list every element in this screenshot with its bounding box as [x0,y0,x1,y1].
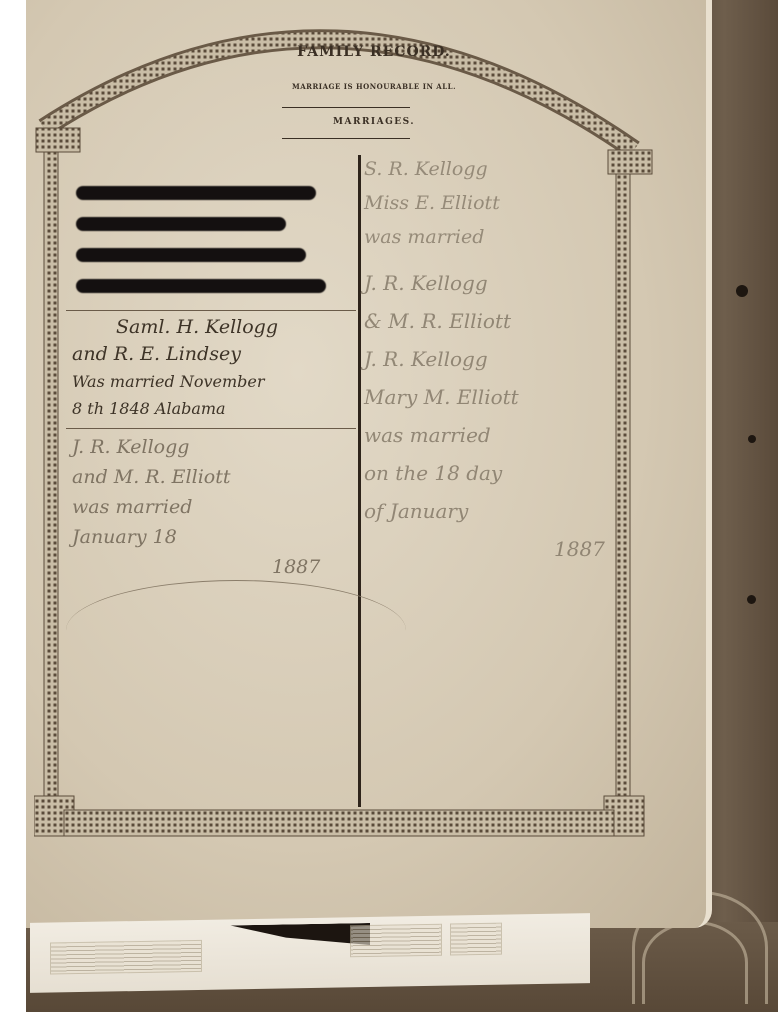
right-entry-1: S. R. Kellogg Miss E. Elliott was marrie… [364,152,500,254]
entry-separator [66,428,356,429]
section-heading: MARRIAGES. [26,117,722,127]
entry-line: was married [364,220,500,254]
entry-line: Was married November [72,368,278,395]
entry-line: J. R. Kellogg [364,264,605,302]
marriage-entry-1: Saml. H. Kellogg and R. E. Lindsey Was m… [72,314,278,422]
title-rule [282,107,410,108]
entry-line: January 18 [72,522,320,552]
right-entry-2: J. R. Kellogg & M. R. Elliott J. R. Kell… [364,264,605,568]
entry-line: and R. E. Lindsey [72,341,278,368]
pencil-curve [66,580,406,681]
column-divider [358,155,361,807]
nail-hole [748,435,756,443]
entry-line: J. R. Kellogg [72,432,320,462]
entry-line: Saml. H. Kellogg [72,314,278,341]
entry-separator [66,310,356,311]
entry-line: was married [72,492,320,522]
entry-line: 1887 [72,552,320,582]
entry-line: 1887 [364,530,605,568]
newspaper-clippings [30,913,590,993]
entry-line: and M. R. Elliott [72,462,320,492]
page-subtitle: MARRIAGE IS HONOURABLE IN ALL. [26,82,722,91]
torn-gap [230,923,370,947]
clipping [50,940,202,975]
metal-ring-inner [642,921,748,1004]
entry-line: & M. R. Elliott [364,302,605,340]
marriage-entry-2: J. R. Kellogg and M. R. Elliott was marr… [72,432,320,582]
entry-line: Miss E. Elliott [364,186,500,220]
section-rule [282,138,410,139]
entry-line: Mary M. Elliott [364,378,605,416]
page-title: FAMILY RECORD. [26,44,722,60]
entry-line: was married [364,416,605,454]
entry-line: on the 18 day [364,454,605,492]
entry-line: 8 th 1848 Alabama [72,395,278,422]
nail-hole [747,595,756,604]
clipping [450,923,502,956]
redacted-entry [76,186,336,310]
nail-hole [736,285,748,297]
entry-line: J. R. Kellogg [364,340,605,378]
entry-line: of January [364,492,605,530]
photograph: FAMILY RECORD. MARRIAGE IS HONOURABLE IN… [26,0,778,1012]
clipping [350,924,442,958]
entry-line: S. R. Kellogg [364,152,500,186]
